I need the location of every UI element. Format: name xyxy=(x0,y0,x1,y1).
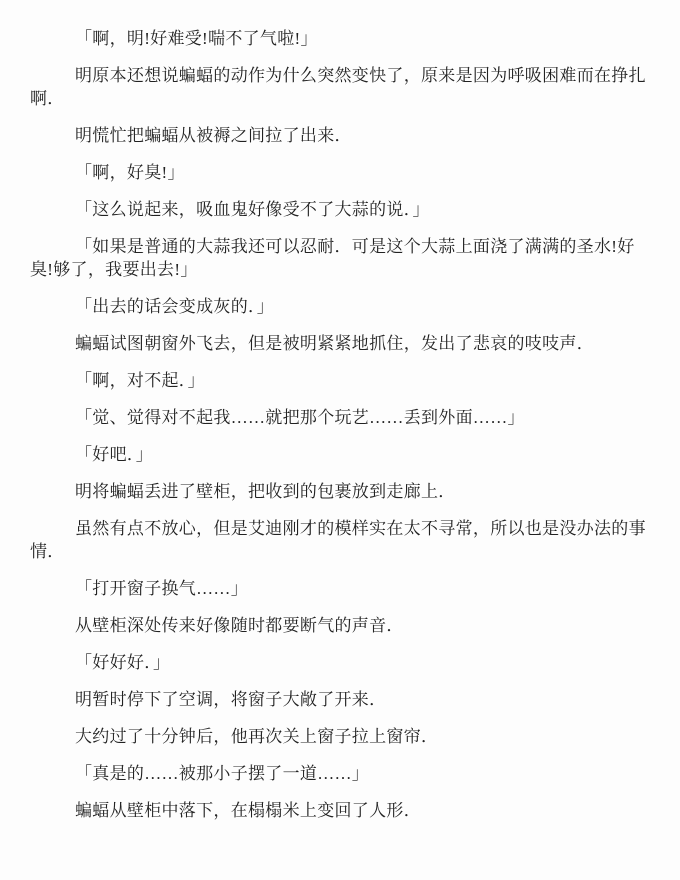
narration-line: 蝙蝠从壁柜中落下，在榻榻米上变回了人形． xyxy=(30,799,653,822)
dialogue-line: 「真是的……被那小子摆了一道……」 xyxy=(30,762,653,785)
dialogue-line: 「觉、觉得对不起我……就把那个玩艺……丢到外面……」 xyxy=(30,406,653,429)
dialogue-line: 「啊，对不起．」 xyxy=(30,369,653,392)
dialogue-line: 「如果是普通的大蒜我还可以忍耐．可是这个大蒜上面浇了满满的圣水!好臭!够了，我要… xyxy=(30,235,653,281)
novel-text-block: 「啊，明!好难受!喘不了气啦!」 明原本还想说蝙蝠的动作为什么突然变快了，原来是… xyxy=(30,27,653,822)
narration-line: 明暂时停下了空调，将窗子大敞了开来． xyxy=(30,688,653,711)
document-page: 「啊，明!好难受!喘不了气啦!」 明原本还想说蝙蝠的动作为什么突然变快了，原来是… xyxy=(0,0,680,880)
narration-line: 明慌忙把蝙蝠从被褥之间拉了出来． xyxy=(30,124,653,147)
dialogue-line: 「打开窗子换气……」 xyxy=(30,577,653,600)
dialogue-line: 「好好好．」 xyxy=(30,651,653,674)
narration-line: 大约过了十分钟后，他再次关上窗子拉上窗帘． xyxy=(30,725,653,748)
dialogue-line: 「出去的话会变成灰的．」 xyxy=(30,295,653,318)
dialogue-line: 「好吧．」 xyxy=(30,443,653,466)
dialogue-line: 「啊，好臭!」 xyxy=(30,161,653,184)
dialogue-line: 「啊，明!好难受!喘不了气啦!」 xyxy=(30,27,653,50)
narration-line: 明将蝙蝠丢进了壁柜，把收到的包裹放到走廊上． xyxy=(30,480,653,503)
dialogue-line: 「这么说起来，吸血鬼好像受不了大蒜的说．」 xyxy=(30,198,653,221)
narration-line: 蝙蝠试图朝窗外飞去，但是被明紧紧地抓住，发出了悲哀的吱吱声． xyxy=(30,332,653,355)
narration-line: 明原本还想说蝙蝠的动作为什么突然变快了，原来是因为呼吸困难而在挣扎啊． xyxy=(30,64,653,110)
narration-line: 从壁柜深处传来好像随时都要断气的声音． xyxy=(30,614,653,637)
narration-line: 虽然有点不放心，但是艾迪刚才的模样实在太不寻常，所以也是没办法的事情． xyxy=(30,517,653,563)
